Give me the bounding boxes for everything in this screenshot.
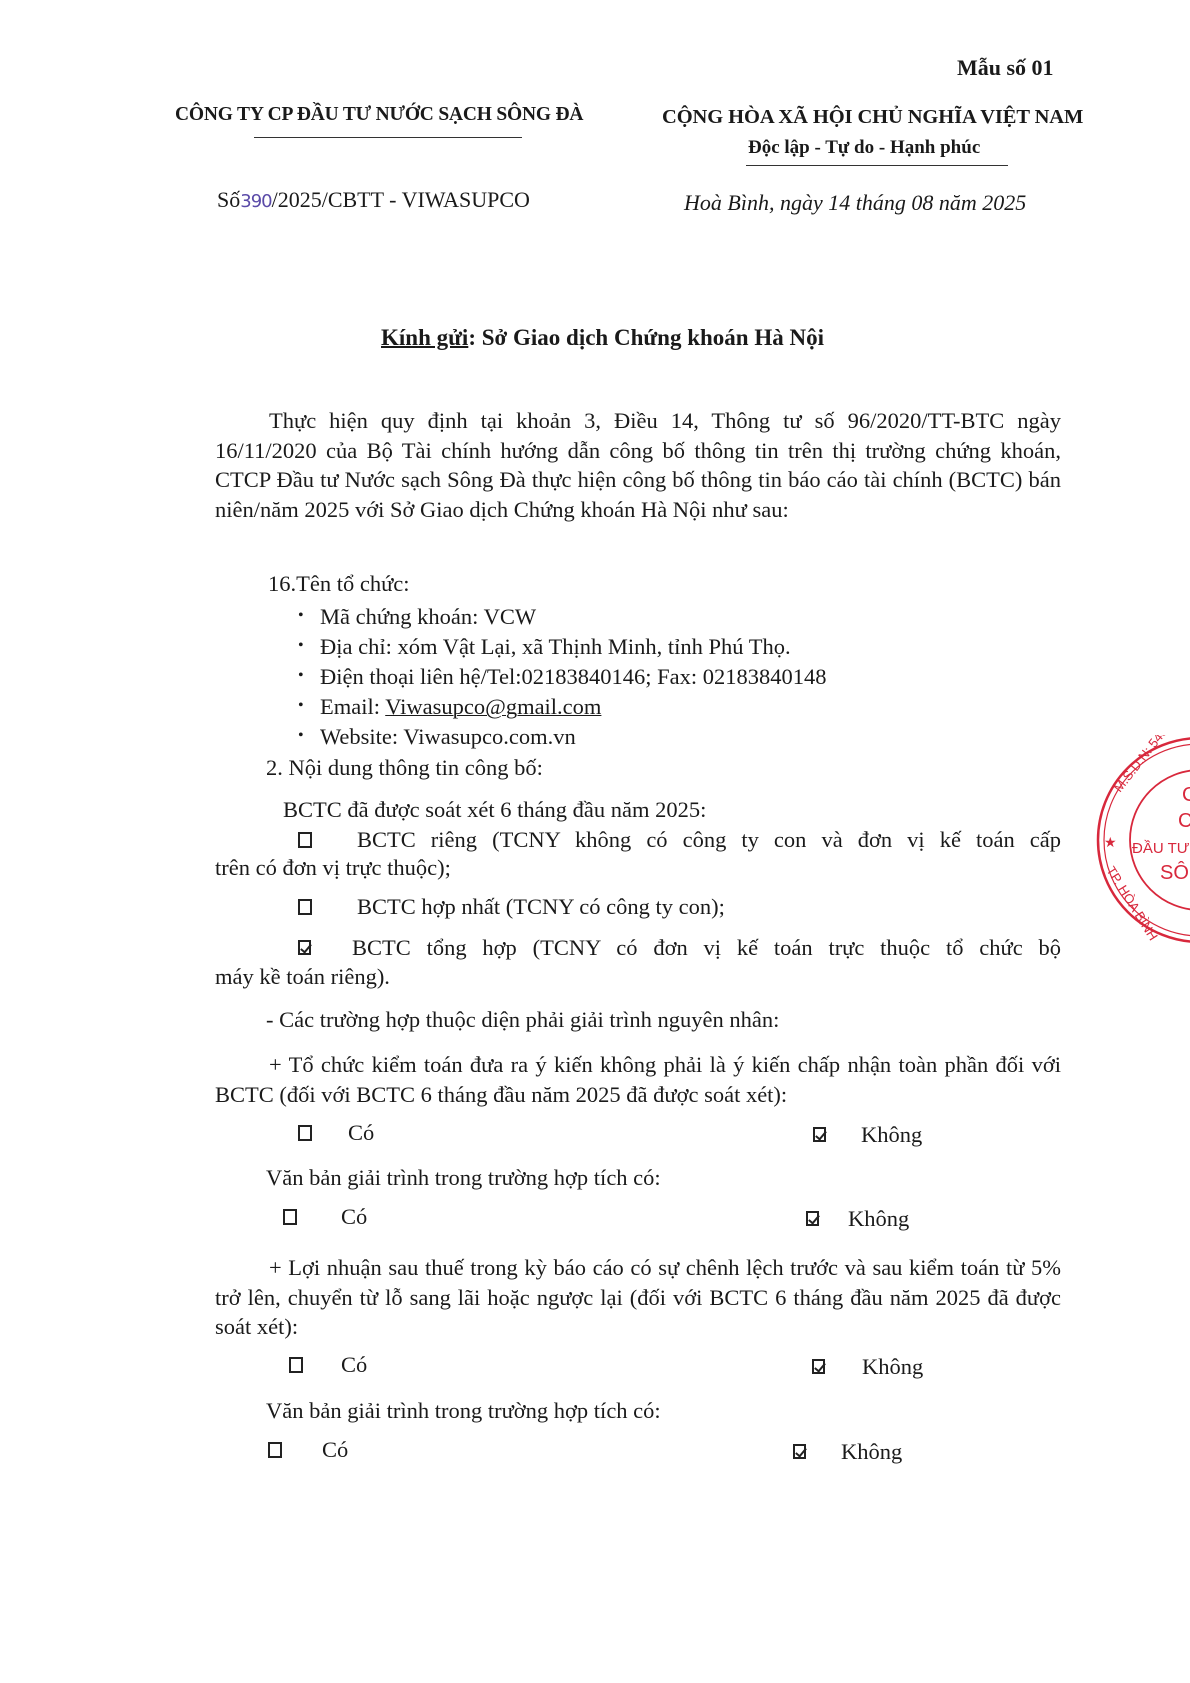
case2-yes-checkbox[interactable] xyxy=(289,1357,303,1373)
explain-heading: - Các trường hợp thuộc diện phải giải tr… xyxy=(266,1007,779,1033)
place-date: Hoà Bình, ngày 14 tháng 08 năm 2025 xyxy=(684,190,1026,216)
form-number: Mẫu số 01 xyxy=(957,55,1054,81)
explain2-yes-checkbox[interactable] xyxy=(268,1442,282,1458)
case1-text: + Tổ chức kiểm toán đưa ra ý kiến không … xyxy=(215,1052,1061,1107)
addressee-recipient: Sở Giao dịch Chứng khoán Hà Nội xyxy=(482,325,824,350)
checkbox-bctc-tong-hop[interactable] xyxy=(298,940,311,955)
case2-no-checkbox[interactable] xyxy=(812,1359,825,1374)
svg-text:CÔN: CÔN xyxy=(1182,783,1190,806)
case1-paragraph: + Tổ chức kiểm toán đưa ra ý kiến không … xyxy=(215,1050,1061,1109)
section2-title: 2. Nội dung thông tin công bố: xyxy=(266,755,543,781)
svg-text:TP. HÒA BÌNH: TP. HÒA BÌNH xyxy=(1103,864,1160,943)
explain1-yes-checkbox[interactable] xyxy=(283,1209,297,1225)
explain2-no-checkbox[interactable] xyxy=(793,1444,806,1459)
explain1-no-checkbox[interactable] xyxy=(806,1211,819,1226)
checkbox-bctc-rieng[interactable] xyxy=(298,832,312,848)
svg-text:SÔNG: SÔNG xyxy=(1160,861,1190,884)
checkbox-bctc-hop-nhat[interactable] xyxy=(298,899,312,915)
email-label: Email: xyxy=(320,694,385,719)
section2-subtitle: BCTC đã được soát xét 6 tháng đầu năm 20… xyxy=(283,797,706,823)
explain-doc-1: Văn bản giải trình trong trường hợp tích… xyxy=(266,1165,661,1191)
stock-code: Mã chứng khoán: VCW xyxy=(320,604,536,630)
case2-yes-label: Có xyxy=(341,1352,367,1378)
report-type-tong-hop: BCTC tổng hợp (TCNY có đơn vị kế toán tr… xyxy=(352,935,1061,961)
company-underline xyxy=(254,137,522,138)
address: Địa chỉ: xóm Vật Lại, xã Thịnh Minh, tỉn… xyxy=(320,634,791,660)
document-reference: Số390/2025/CBTT - VIWASUPCO xyxy=(217,187,530,213)
report-type-rieng-cont: trên có đơn vị trực thuộc); xyxy=(215,855,451,881)
case1-yes-checkbox[interactable] xyxy=(298,1125,312,1141)
company-stamp-icon: M.S.D.N: 5400 ★ TP. HÒA BÌNH CÔN CỔ P ĐẦ… xyxy=(1090,735,1190,945)
addressee: Kính gửi: Sở Giao dịch Chứng khoán Hà Nộ… xyxy=(381,325,824,351)
case1-no-checkbox[interactable] xyxy=(813,1127,826,1142)
section1-title: 16.Tên tổ chức: xyxy=(268,571,410,597)
report-type-tong-hop-cont: máy kề toán riêng). xyxy=(215,964,390,990)
email-link[interactable]: Viwasupco@gmail.com xyxy=(385,694,601,719)
case2-paragraph: + Lợi nhuận sau thuế trong kỳ báo cáo có… xyxy=(215,1253,1061,1342)
case1-yes-label: Có xyxy=(348,1120,374,1146)
svg-text:★: ★ xyxy=(1104,834,1117,850)
report-type-rieng: BCTC riêng (TCNY không có công ty con và… xyxy=(357,827,1061,853)
svg-text:ĐẦU TƯ NƯ: ĐẦU TƯ NƯ xyxy=(1132,840,1190,857)
intro-paragraph: Thực hiện quy định tại khoản 3, Điều 14,… xyxy=(215,406,1061,524)
website: Website: Viwasupco.com.vn xyxy=(320,724,576,750)
explain2-no-label: Không xyxy=(841,1439,902,1465)
national-title: CỘNG HÒA XÃ HỘI CHỦ NGHĨA VIỆT NAM xyxy=(662,106,1083,129)
national-motto: Độc lập - Tự do - Hạnh phúc xyxy=(748,137,980,159)
addressee-label: Kính gửi xyxy=(381,325,468,350)
phone-fax: Điện thoại liên hệ/Tel:02183840146; Fax:… xyxy=(320,664,827,690)
company-name: CÔNG TY CP ĐẦU TƯ NƯỚC SẠCH SÔNG ĐÀ xyxy=(175,104,583,126)
case2-text: + Lợi nhuận sau thuế trong kỳ báo cáo có… xyxy=(215,1255,1061,1339)
svg-text:M.S.D.N: 5400: M.S.D.N: 5400 xyxy=(1111,735,1175,795)
svg-text:CỔ P: CỔ P xyxy=(1178,808,1190,832)
email: Email: Viwasupco@gmail.com xyxy=(320,694,601,720)
case2-no-label: Không xyxy=(862,1354,923,1380)
motto-underline xyxy=(746,165,1008,166)
ref-handwritten-number: 390 xyxy=(240,191,271,212)
ref-suffix: /2025/CBTT - VIWASUPCO xyxy=(272,187,530,212)
explain1-no-label: Không xyxy=(848,1206,909,1232)
case1-no-label: Không xyxy=(861,1122,922,1148)
explain2-yes-label: Có xyxy=(322,1437,348,1463)
intro-text: Thực hiện quy định tại khoản 3, Điều 14,… xyxy=(215,408,1061,522)
explain-doc-2: Văn bản giải trình trong trường hợp tích… xyxy=(266,1398,661,1424)
ref-prefix: Số xyxy=(217,187,240,212)
report-type-hop-nhat: BCTC hợp nhất (TCNY có công ty con); xyxy=(357,894,725,920)
explain1-yes-label: Có xyxy=(341,1204,367,1230)
addressee-colon: : xyxy=(468,325,481,350)
